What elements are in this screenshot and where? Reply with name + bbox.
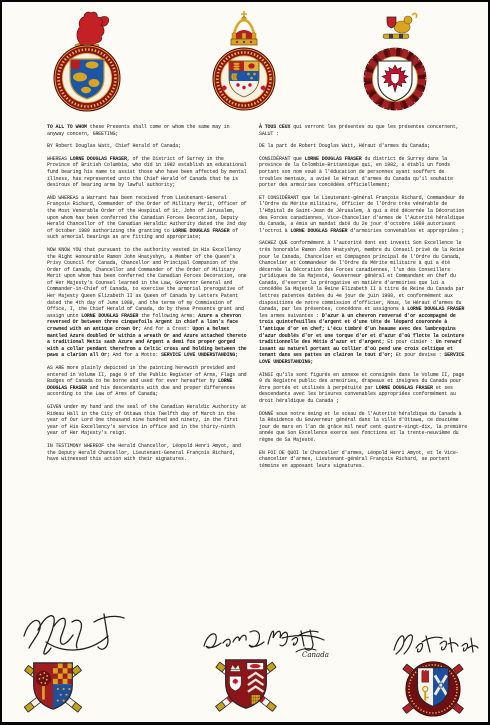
richard-arms-badge-icon <box>400 654 466 722</box>
lion-rampant-crest-icon <box>75 12 109 49</box>
paragraph: WHEREAS LORNE DOUGLAS FRASER, of the Dis… <box>47 156 248 189</box>
paragraph: BY Robert Douglas Watt, Chief Herald of … <box>47 143 248 150</box>
paragraph: ET CONSIDÉRANT que le Lieutenant-général… <box>259 195 468 235</box>
signature-herald-chancellor-amyot <box>16 598 136 660</box>
english-text-column: TO ALL TO WHOM these Presents shall come… <box>47 124 248 469</box>
paragraph: AND WHEREAS a Warrant has been received … <box>47 195 248 241</box>
french-text-column: À TOUS CEUX qui verront les présentes ou… <box>259 124 468 475</box>
paragraph: CONSIDÉRANT que LORNE DOUGLAS FRASER du … <box>259 156 468 189</box>
chief-herald-maple-wreath-badge-icon <box>357 9 433 115</box>
paragraph: AS ARE more plainly depicted in the pain… <box>47 365 248 398</box>
paragraph: SACHEZ QUE conformément à l'autorité don… <box>259 240 468 365</box>
paragraph: À TOUS CEUX qui verront les présentes ou… <box>259 124 468 137</box>
paragraph: DONNÉ sous notre seing et le sceau de l'… <box>259 411 468 444</box>
canadian-heraldic-authority-crown-seal-icon <box>202 7 286 115</box>
paragraph: DE la part de Robert Douglas Watt, Hérau… <box>259 143 468 150</box>
watt-arms-badge-icon <box>214 652 278 720</box>
paragraph: IN TESTIMONY WHEREOF the Herald Chancell… <box>47 443 248 463</box>
paragraph: NOW KNOW YOU that pursuant to the author… <box>47 247 248 359</box>
paragraph: AINSI qu'ils sont figurés en annexe et c… <box>259 372 468 405</box>
paragraph: TO ALL TO WHOM these Presents shall come… <box>47 124 248 137</box>
herald-chancellor-lion-seal-icon <box>52 9 122 113</box>
paragraph: EN FOI DE QUOI le Chancelier d'armes, Lé… <box>259 450 468 470</box>
letters-patent-page: TO ALL TO WHOM these Presents shall come… <box>0 0 490 725</box>
small-red-shield-icon <box>387 17 396 28</box>
canada-inscription: Canada <box>302 651 329 659</box>
st-edwards-crown-icon <box>231 11 257 45</box>
paragraph: GIVEN under my hand and the seal of the … <box>47 404 248 437</box>
amyot-arms-badge-icon <box>24 656 82 720</box>
gold-lion-crest-icon <box>383 14 417 39</box>
